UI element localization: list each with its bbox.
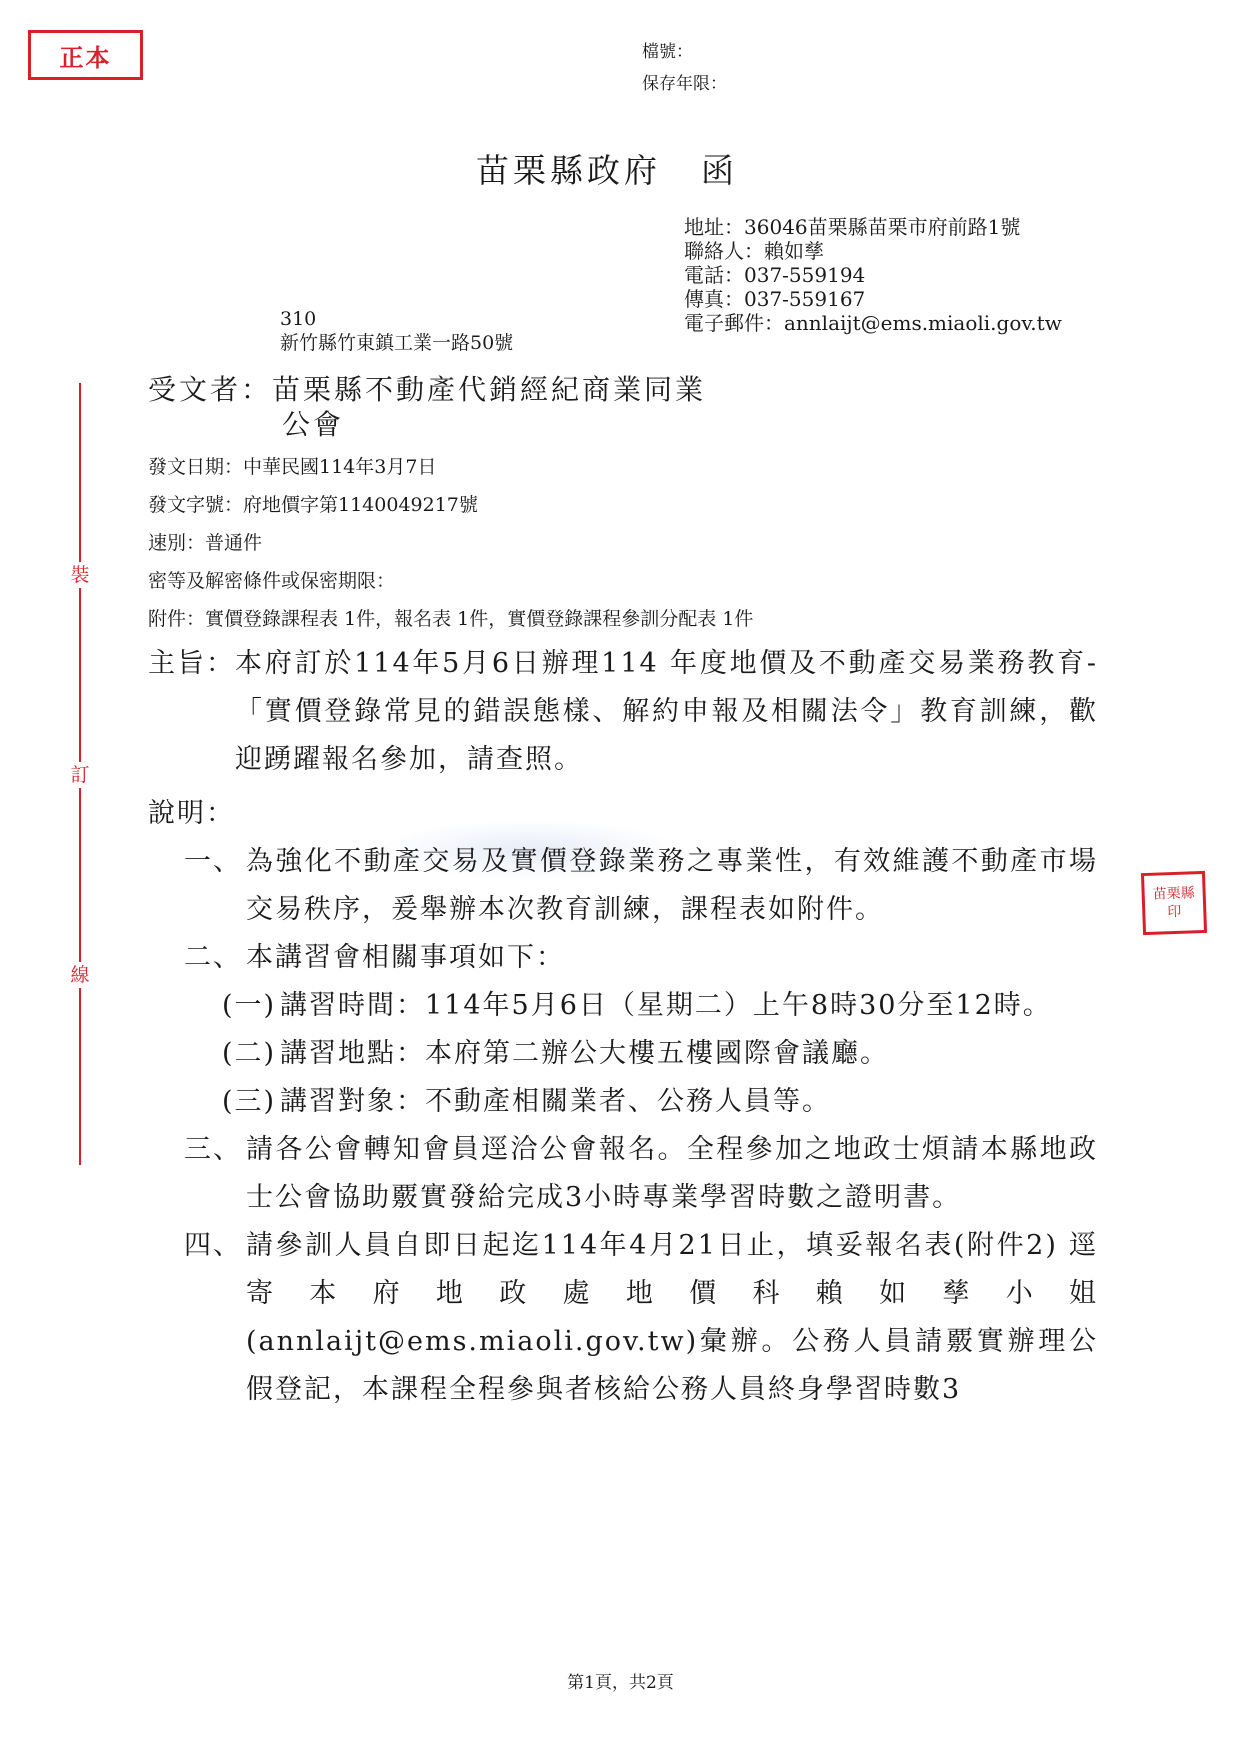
description-sub-item: (三) 講習對象：不動產相關業者、公務人員等。 [222,1078,1098,1126]
item-number: 二、 [184,934,246,982]
description-item: 三、 請各公會轉知會員逕洽公會報名。全程參加之地政士煩請本縣地政士公會協助覈實發… [184,1126,1098,1222]
document-type: 函 [701,151,738,190]
binding-char-xian: 線 [67,962,93,988]
official-seal: 苗栗縣印 [1141,871,1207,935]
document-title: 苗栗縣政府函 [476,145,738,192]
sub-item-number: (一) [222,982,280,1030]
document-meta: 發文日期：中華民國114年3月7日 發文字號：府地價字第1140049217號 … [148,448,753,638]
confidentiality: 密等及解密條件或保密期限： [148,562,753,600]
sender-contact: 聯絡人：賴如孳 [684,239,1062,263]
recipient-postal-code: 310 [280,307,513,331]
sender-email: 電子郵件：annlaijt@ems.miaoli.gov.tw [684,311,1062,335]
item-number: 一、 [184,838,246,934]
description-item: 四、 請參訓人員自即日起迄114年4月21日止，填妥報名表(附件2) 逕寄本府地… [184,1222,1098,1414]
addressee: 受文者：苗栗縣不動產代銷經紀商業同業 公會 [148,372,706,442]
description-sub-item: (二) 講習地點：本府第二辦公大樓五樓國際會議廳。 [222,1030,1098,1078]
subject-label: 主旨： [148,640,235,784]
subject-section: 主旨： 本府訂於114年5月6日辦理114 年度地價及不動產交易業務教育-「實價… [148,640,1098,784]
binding-char-ding: 訂 [67,762,93,788]
issue-date: 發文日期：中華民國114年3月7日 [148,448,753,486]
sub-item-text: 講習對象：不動產相關業者、公務人員等。 [280,1078,1098,1126]
description-sub-item: (一) 講習時間：114年5月6日（星期二）上午8時30分至12時。 [222,982,1098,1030]
attachments: 附件：實價登錄課程表 1件，報名表 1件，實價登錄課程參訓分配表 1件 [148,600,753,638]
sender-phone: 電話：037-559194 [684,263,1062,287]
binding-char-zhuang: 裝 [67,562,93,588]
urgency: 速別：普通件 [148,524,753,562]
item-text: 請各公會轉知會員逕洽公會報名。全程參加之地政士煩請本縣地政士公會協助覈實發給完成… [246,1126,1098,1222]
item-text: 本講習會相關事項如下： [246,934,1098,982]
item-number: 三、 [184,1126,246,1222]
document-number: 發文字號：府地價字第1140049217號 [148,486,753,524]
description-label: 說明： [148,790,1098,838]
archive-info: 檔號： 保存年限： [642,36,727,100]
retention-period-label: 保存年限： [642,68,727,100]
addressee-name-line2: 公會 [148,407,706,442]
recipient-street: 新竹縣竹東鎮工業一路50號 [280,331,513,355]
issuer-name: 苗栗縣政府 [476,151,661,190]
file-number-label: 檔號： [642,36,727,68]
original-copy-stamp: 正本 [28,30,143,80]
description-section: 說明： 一、 為強化不動產交易及實價登錄業務之專業性，有效維護不動產市場交易秩序… [148,790,1098,1414]
sender-address: 地址：36046苗栗縣苗栗市府前路1號 [684,215,1062,239]
sub-item-number: (二) [222,1030,280,1078]
sub-item-text: 講習地點：本府第二辦公大樓五樓國際會議廳。 [280,1030,1098,1078]
subject-text: 本府訂於114年5月6日辦理114 年度地價及不動產交易業務教育-「實價登錄常見… [235,640,1098,784]
sender-fax: 傳真：037-559167 [684,287,1062,311]
page-number: 第1頁，共2頁 [0,1668,1241,1693]
addressee-name-line1: 苗栗縣不動產代銷經紀商業同業 [272,373,706,406]
recipient-address: 310 新竹縣竹東鎮工業一路50號 [280,307,513,355]
addressee-label: 受文者： [148,373,272,406]
sub-item-number: (三) [222,1078,280,1126]
description-item: 二、 本講習會相關事項如下： [184,934,1098,982]
item-text: 請參訓人員自即日起迄114年4月21日止，填妥報名表(附件2) 逕寄本府地政處地… [246,1222,1098,1414]
item-number: 四、 [184,1222,246,1414]
sender-info: 地址：36046苗栗縣苗栗市府前路1號 聯絡人：賴如孳 電話：037-55919… [684,215,1062,335]
description-item: 一、 為強化不動產交易及實價登錄業務之專業性，有效維護不動產市場交易秩序，爰舉辦… [184,838,1098,934]
sub-item-text: 講習時間：114年5月6日（星期二）上午8時30分至12時。 [280,982,1098,1030]
item-text: 為強化不動產交易及實價登錄業務之專業性，有效維護不動產市場交易秩序，爰舉辦本次教… [246,838,1098,934]
